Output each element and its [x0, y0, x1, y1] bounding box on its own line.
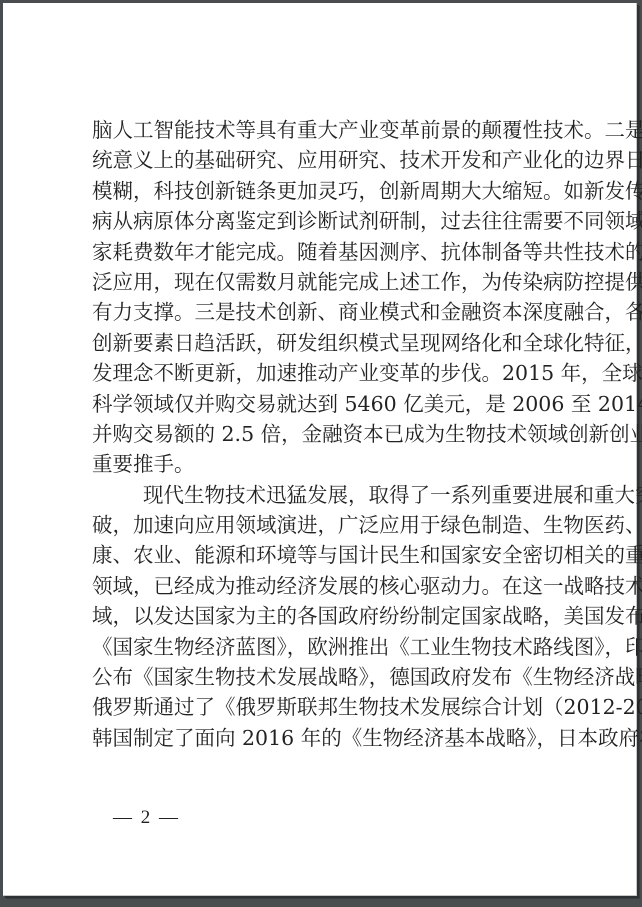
text-line: 脑人工智能技术等具有重大产业变革前景的颠覆性技术。二是传	[92, 115, 562, 145]
paragraph-2: 现代生物技术迅猛发展，取得了一系列重要进展和重大突 破，加速向应用领域演进，广泛…	[92, 480, 562, 754]
text-line: 统意义上的基础研究、应用研究、技术开发和产业化的边界日趋	[92, 145, 562, 175]
document-page: 脑人工智能技术等具有重大产业变革前景的颠覆性技术。二是传 统意义上的基础研究、应…	[3, 3, 637, 896]
text-line: 俄罗斯通过了《俄罗斯联邦生物技术发展综合计划（2012-2020）》，	[92, 692, 562, 722]
text-line: 科学领域仅并购交易就达到 5460 亿美元，是 2006 至 2014 年平均	[92, 389, 562, 419]
text-line: 康、农业、能源和环境等与国计民生和国家安全密切相关的重要	[92, 540, 562, 570]
text-line: 现代生物技术迅猛发展，取得了一系列重要进展和重大突	[92, 480, 562, 510]
text-line: 领域，已经成为推动经济发展的核心驱动力。在这一战略技术领	[92, 571, 562, 601]
paragraph-1: 脑人工智能技术等具有重大产业变革前景的颠覆性技术。二是传 统意义上的基础研究、应…	[92, 115, 562, 480]
page-number: — 2 —	[113, 807, 180, 829]
text-line: 并购交易额的 2.5 倍，金融资本已成为生物技术领域创新创业的	[92, 419, 562, 449]
text-line: 泛应用，现在仅需数月就能完成上述工作，为传染病防控提供了	[92, 267, 562, 297]
text-line: 病从病原体分离鉴定到诊断试剂研制，过去往往需要不同领域专	[92, 206, 562, 236]
text-line: 公布《国家生物技术发展战略》，德国政府发布《生物经济战略》，	[92, 662, 562, 692]
text-line: 重要推手。	[92, 449, 562, 479]
body-text: 脑人工智能技术等具有重大产业变革前景的颠覆性技术。二是传 统意义上的基础研究、应…	[92, 115, 562, 753]
text-line: 家耗费数年才能完成。随着基因测序、抗体制备等共性技术的广	[92, 237, 562, 267]
text-line: 韩国制定了面向 2016 年的《生物经济基本战略》，日本政府将“绿	[92, 723, 562, 753]
text-line: 域，以发达国家为主的各国政府纷纷制定国家战略，美国发布了	[92, 601, 562, 631]
text-line: 创新要素日趋活跃，研发组织模式呈现网络化和全球化特征，研	[92, 328, 562, 358]
text-line: 破，加速向应用领域演进，广泛应用于绿色制造、生物医药、健	[92, 510, 562, 540]
text-line: 模糊，科技创新链条更加灵巧，创新周期大大缩短。如新发传染	[92, 176, 562, 206]
text-line: 发理念不断更新，加速推动产业变革的步伐。2015 年，全球生命	[92, 358, 562, 388]
text-line: 《国家生物经济蓝图》，欧洲推出《工业生物技术路线图》，印度	[92, 632, 562, 662]
text-line: 有力支撑。三是技术创新、商业模式和金融资本深度融合，各类	[92, 297, 562, 327]
